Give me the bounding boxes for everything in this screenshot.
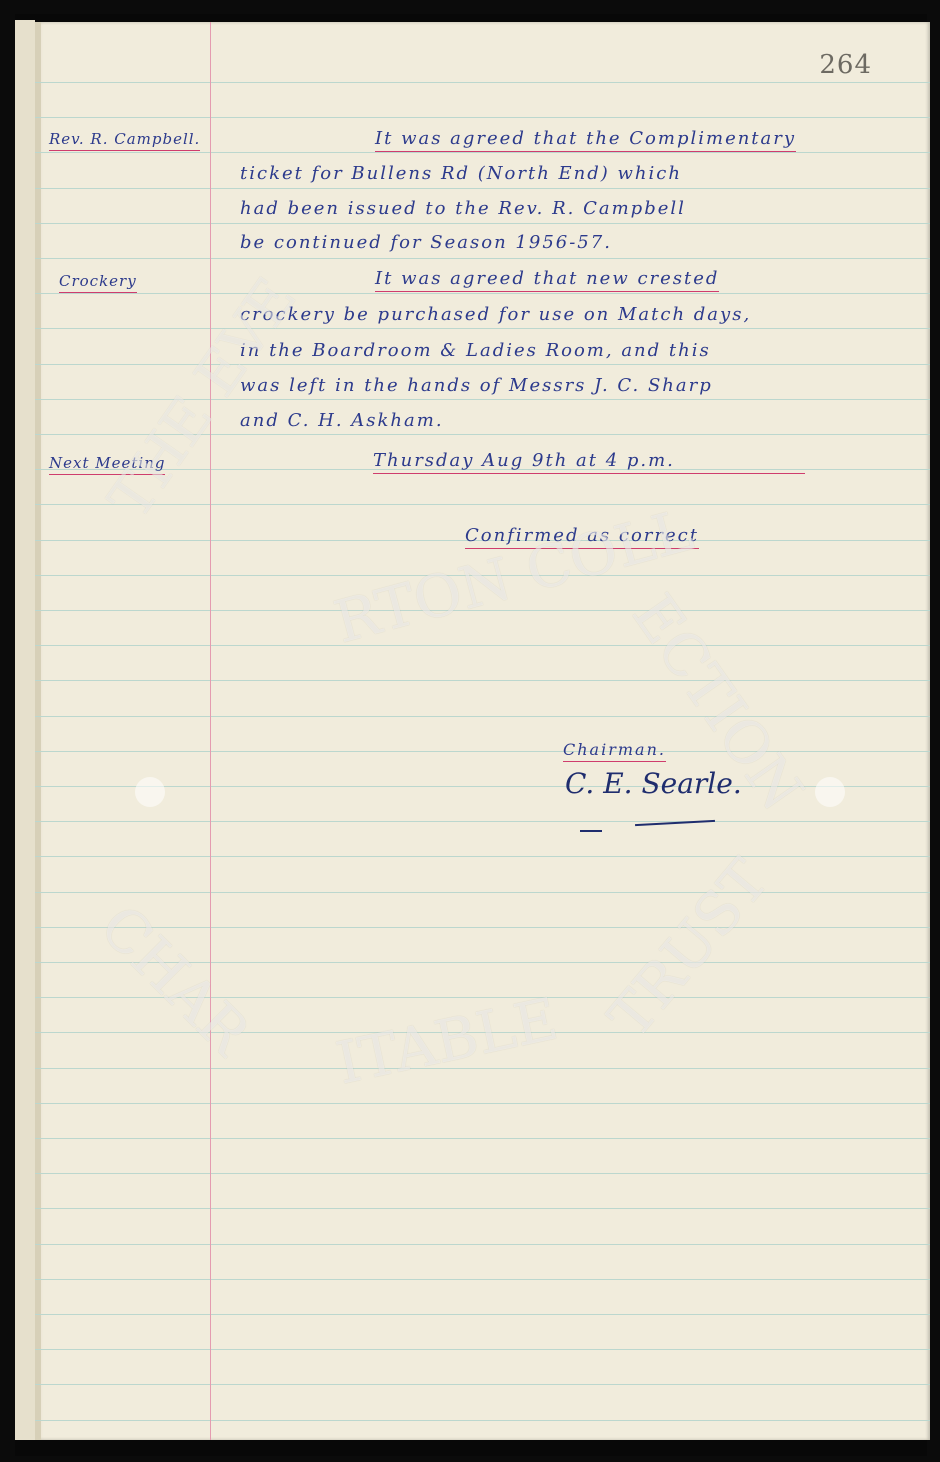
rule-line <box>35 1314 930 1315</box>
entry-line: be continued for Season 1956-57. <box>240 232 612 253</box>
watermark-dot-right <box>815 777 845 807</box>
page-gutter <box>35 22 41 1440</box>
rule-line <box>35 751 930 752</box>
rule-line <box>35 1208 930 1209</box>
entry-line: had been issued to the Rev. R. Campbell <box>240 198 686 219</box>
entry-heading-campbell: Rev. R. Campbell. <box>49 130 200 151</box>
watermark-top-arc-mid: RTON COLL <box>327 496 699 657</box>
rule-line <box>35 821 930 822</box>
rule-line <box>35 645 930 646</box>
entry-line: Thursday Aug 9th at 4 p.m. <box>373 450 805 474</box>
rule-line <box>35 82 930 83</box>
rule-line <box>35 1138 930 1139</box>
rule-line <box>35 504 930 505</box>
rule-line <box>35 434 930 435</box>
rule-line <box>35 1244 930 1245</box>
ledger-page: 264 Rev. R. Campbell. It was agreed that… <box>35 22 930 1440</box>
rule-line <box>35 927 930 928</box>
rule-line <box>35 258 930 259</box>
rule-line <box>35 1068 930 1069</box>
back-page-edge <box>15 20 35 1440</box>
rule-line <box>35 1032 930 1033</box>
rule-line <box>35 610 930 611</box>
entry-line: in the Boardroom & Ladies Room, and this <box>240 340 711 361</box>
rule-line <box>35 997 930 998</box>
rule-line <box>35 328 930 329</box>
entry-line: ticket for Bullens Rd (North End) which <box>240 163 682 184</box>
rule-line <box>35 1279 930 1280</box>
rule-line <box>35 786 930 787</box>
rule-line <box>35 962 930 963</box>
rule-line <box>35 1420 930 1421</box>
entry-line: It was agreed that new crested <box>375 268 719 289</box>
page-number: 264 <box>819 50 872 80</box>
rule-line <box>35 293 930 294</box>
rule-line <box>35 1173 930 1174</box>
rule-line <box>35 575 930 576</box>
signature-stroke <box>580 830 602 832</box>
chairman-signature: C. E. Searle. <box>565 767 742 800</box>
rule-line <box>35 892 930 893</box>
rule-line <box>35 223 930 224</box>
rule-line <box>35 856 930 857</box>
rule-line <box>35 152 930 153</box>
rule-line <box>35 716 930 717</box>
confirmed-as-correct: Confirmed as correct <box>465 525 699 549</box>
margin-line <box>210 22 211 1440</box>
chairman-label: Chairman. <box>563 740 666 762</box>
entry-line: was left in the hands of Messrs J. C. Sh… <box>240 375 713 396</box>
rule-line <box>35 188 930 189</box>
entry-heading-crockery: Crockery <box>59 272 137 293</box>
rule-line <box>35 1103 930 1104</box>
watermark-dot-left <box>135 777 165 807</box>
rule-line <box>35 117 930 118</box>
entry-line: and C. H. Askham. <box>240 410 444 431</box>
rule-line <box>35 1384 930 1385</box>
watermark-bottom-arc-right: TRUST <box>595 846 782 1050</box>
watermark-bottom-arc-left: CHAR <box>87 892 263 1068</box>
rule-line <box>35 1349 930 1350</box>
rule-line <box>35 680 930 681</box>
entry-heading-next-meeting: Next Meeting <box>49 454 165 475</box>
rule-line <box>35 364 930 365</box>
entry-line: It was agreed that the Complimentary <box>375 128 796 149</box>
entry-line: crockery be purchased for use on Match d… <box>240 304 751 325</box>
watermark-bottom-arc-mid: ITABLE <box>330 984 563 1097</box>
rule-line <box>35 399 930 400</box>
